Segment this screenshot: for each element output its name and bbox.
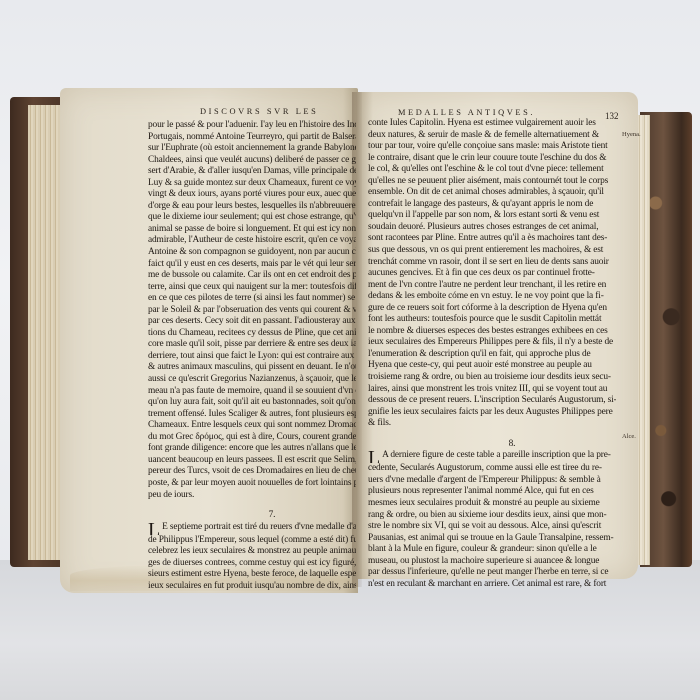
text-line: Luy & sa guide montez sur deux Chameaux,…: [148, 178, 356, 190]
text-line: deux natures, & seruir de masle & de fem…: [368, 130, 616, 142]
text-line: par le Soleil & par l'obseruation des ve…: [148, 305, 356, 317]
text-line: terre, ainsi que ceux qui nauigent sur l…: [148, 282, 356, 294]
text-line: gure de ce reuers soit fort cóforme à la…: [368, 303, 616, 315]
margin-note-alce: Alce.: [622, 433, 636, 440]
text-line: sus que dessous, vn os qui prent entiere…: [368, 245, 616, 257]
text-line: blant à la Mule en figure, couleur & gra…: [368, 544, 616, 556]
text-line: stre le nombre six VI, qui se voit au de…: [368, 521, 616, 533]
text-line: ges de diuerses contrees, comme cestuy q…: [148, 558, 356, 570]
text-line: admirable, l'Autheur de ceste histoire e…: [148, 235, 356, 247]
text-line: que le dixieme iour seulement; qui est c…: [148, 212, 356, 224]
text-line: le nombre & diuerses especes des bestes …: [368, 326, 616, 338]
text-line: n'est en reculant & marchant en arriere.…: [368, 579, 616, 591]
text-line: font les autheurs: toutesfois pource que…: [368, 314, 616, 326]
text-line: tour par tour, voire qu'elle conçoiue sa…: [368, 141, 616, 153]
text-line: aucunes gencives. Et à fin que ces deux …: [368, 268, 616, 280]
text-line: derriere, tout ainsi que faict le Lyon: …: [148, 351, 356, 363]
text-line: dessous de ce present reuers. L'inscript…: [368, 395, 616, 407]
text-line: LE septieme portrait est tiré du reuers …: [148, 522, 356, 535]
text-line: quelqu'vn il l'appelle par son nom, & lo…: [368, 210, 616, 222]
text-line: museau, ou plustost la machoire superieu…: [368, 556, 616, 568]
text-line: sert d'Arabie, & d'aller iusqu'en Damas,…: [148, 166, 356, 178]
text-line: troisieme rang & ordre, ou bien au trois…: [368, 372, 616, 384]
text-line: me de bussole ou calamite. Car ils ont e…: [148, 270, 356, 282]
text-line: soudain deuoré. Plusieurs autres choses …: [368, 222, 616, 234]
text-line: contrefait le langage des pasteurs, & qu…: [368, 199, 616, 211]
text-line: aussi ce qu'escrit Gregorius Nazianzenus…: [148, 374, 356, 386]
text-line: ensemble. On dit de cet animal choses ad…: [368, 187, 616, 199]
text-line: poste, & par leur moyen auoit nouuelles …: [148, 478, 356, 490]
text-line: faict qu'il y eust en ces deserts, mais …: [148, 259, 356, 271]
text-line: core masle qu'il soit, pisse par derrier…: [148, 339, 356, 351]
text-line: trenchát comme vn rasoir, dont il se ser…: [368, 257, 616, 269]
text-line: font grande diligence: encore que les au…: [148, 443, 356, 455]
text-line: sur l'Euphrate (où estoit anciennement l…: [148, 143, 356, 155]
margin-note-hyena: Hyena.: [622, 131, 641, 138]
text-line: Chaldees, ainsi que veulét aucuns) delib…: [148, 155, 356, 167]
text-line: & fils.: [368, 418, 616, 430]
drop-cap: L: [148, 525, 160, 535]
text-line: sont racontees par Pline. Entre autres q…: [368, 233, 616, 245]
left-running-head: DISCOVRS SVR LES: [200, 107, 318, 116]
text-line: Chameaux. Entre lesquels ceux qui sont n…: [148, 420, 356, 432]
text-line: en ce que ces pilotes de terre (si ainsi…: [148, 293, 356, 305]
text-line: gnifie les ieux seculaires faicts par le…: [368, 407, 616, 419]
text-line-body: E septieme portrait est tiré du reuers d…: [162, 522, 356, 532]
text-line: plusieurs nous representer l'animal nomm…: [368, 486, 616, 498]
text-line: qu'elles ne se peuuent plier aisément, m…: [368, 176, 616, 188]
text-line: LA derniere figure de ceste table a pare…: [368, 450, 616, 463]
text-line: conte Iules Capitolin. Hyena est estimee…: [368, 118, 616, 130]
text-line: Antoine & son compagnon se guidoyent, no…: [148, 247, 356, 259]
text-line: Portugais, nommé Antoine Teurreyro, qui …: [148, 132, 356, 144]
text-line: le col, & qu'elles ont l'eschine & le co…: [368, 164, 616, 176]
right-running-head: MEDALLES ANTIQVES.: [398, 108, 535, 117]
section-number: 8.: [368, 439, 616, 451]
text-line: pour le passé & pour l'aduenir. I'ay leu…: [148, 120, 356, 132]
text-line: de Philippus l'Empereur, sous lequel (co…: [148, 535, 356, 547]
text-line: qu'on luy aura fait, soit qu'il ait eu b…: [148, 397, 356, 409]
left-page-text: pour le passé & pour l'aduenir. I'ay leu…: [148, 120, 356, 592]
text-line: par dessus l'inferieure, qu'elle ne peut…: [368, 567, 616, 579]
text-line: cedente, Secularés Augustorum, comme aus…: [368, 463, 616, 475]
text-line: du mot Grec δρόμος, qui est à dire, Cour…: [148, 432, 356, 444]
text-line: dedans & les emboite cóme en vn estuy. I…: [368, 291, 616, 303]
right-page-text: conte Iules Capitolin. Hyena est estimee…: [368, 118, 616, 590]
text-line: Pausanias, est animal qui se trouue en l…: [368, 533, 616, 545]
text-line: sieurs estiment estre Hyena, beste feroc…: [148, 569, 356, 581]
text-line: vingt & deux iours, ayans porté viures p…: [148, 189, 356, 201]
page-edges-left: [28, 105, 64, 560]
text-line: uancent beaucoup en leurs passees. Il es…: [148, 455, 356, 467]
text-line: laires, ainsi que monstrent les trois vn…: [368, 384, 616, 396]
drop-cap: L: [368, 453, 380, 463]
text-line: trement offensé. Iules Scaliger & autres…: [148, 409, 356, 421]
text-line: mesmes ieux seculaires produit & monstré…: [368, 498, 616, 510]
text-line: peu de iours.: [148, 490, 356, 502]
text-line: Hyena que ceste-cy, qui peut auoir esté …: [368, 360, 616, 372]
text-line: animal se passe de boire si longuement. …: [148, 224, 356, 236]
text-line: celebrez les ieux seculaires & monstrez …: [148, 546, 356, 558]
text-line: uers d'vne medalle d'argent de l'Empereu…: [368, 475, 616, 487]
text-line: ment de l'vn contre l'autre ne perdent l…: [368, 280, 616, 292]
text-line: d'orge & eau pour leurs bestes, lesquell…: [148, 201, 356, 213]
section-number: 7.: [148, 510, 356, 522]
text-line: ieux seculaires en fut produit iusqu'au …: [148, 581, 356, 593]
text-line: meau n'a pas faute de memoire, quand il …: [148, 386, 356, 398]
text-line: l'enumeration & description qu'il en fai…: [368, 349, 616, 361]
text-line: pereur des Turcs, vsoit de ces Dromadair…: [148, 466, 356, 478]
text-line: ieux seculaires des Empereurs Philippes …: [368, 337, 616, 349]
text-line: & autres animaux masculins, qui pissent …: [148, 362, 356, 374]
text-line: rang & ordre, ou bien au sixieme iour de…: [368, 510, 616, 522]
text-line: tions du Chameau, recitees cy dessus de …: [148, 328, 356, 340]
text-line: le contraire, disant que le crin leur co…: [368, 153, 616, 165]
text-line: par ces deserts. Cecy soit dit en passan…: [148, 316, 356, 328]
text-line-body: A derniere figure de ceste table a parei…: [382, 450, 611, 460]
